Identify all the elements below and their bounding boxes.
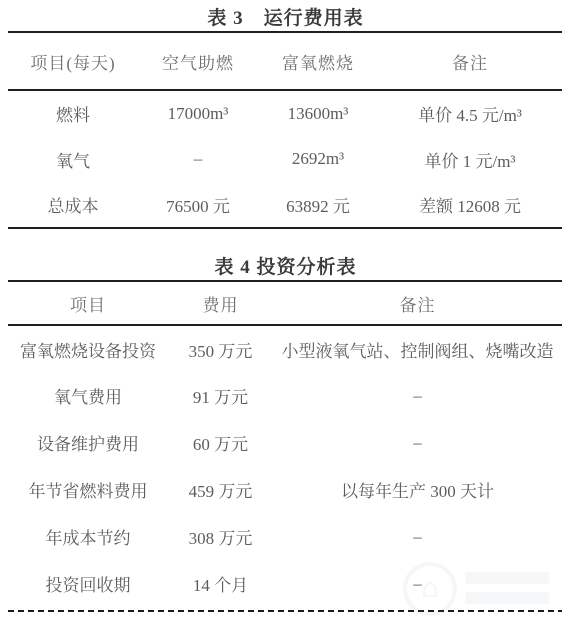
- table-cell: –: [138, 136, 258, 182]
- table-cell: 设备维护费用: [8, 419, 168, 466]
- table-row: 氧气 – 2692m³ 单价 1 元/m³: [8, 136, 562, 182]
- table-cell: 差额 12608 元: [378, 182, 562, 228]
- table-cell: 350 万元: [168, 325, 273, 372]
- table-cell: 17000m³: [138, 90, 258, 136]
- column-header: 备注: [273, 281, 562, 325]
- table3-header-row: 项目(每天) 空气助燃 富氧燃烧 备注: [8, 32, 562, 90]
- table-cell: 投资回收期: [8, 560, 168, 607]
- table-cell: 91 万元: [168, 372, 273, 419]
- table-row: 年成本节约 308 万元 –: [8, 513, 562, 560]
- table-cell: 63892 元: [258, 182, 378, 228]
- table-cell: 单价 1 元/m³: [378, 136, 562, 182]
- table3: 项目(每天) 空气助燃 富氧燃烧 备注 燃料 17000m³ 13600m³ 单…: [8, 31, 562, 229]
- table-cell: 60 万元: [168, 419, 273, 466]
- table-row: 氧气费用 91 万元 –: [8, 372, 562, 419]
- table3-section: 表 3 运行费用表 项目(每天) 空气助燃 富氧燃烧 备注 燃料 17000m³…: [0, 0, 571, 229]
- table-cell: 燃料: [8, 90, 138, 136]
- table4: 项目 费用 备注 富氧燃烧设备投资 350 万元 小型液氧气站、控制阀组、烧嘴改…: [8, 280, 562, 607]
- table-cell: 459 万元: [168, 466, 273, 513]
- column-header: 项目(每天): [8, 32, 138, 90]
- table-cell: 总成本: [8, 182, 138, 228]
- column-header: 空气助燃: [138, 32, 258, 90]
- table-row: 富氧燃烧设备投资 350 万元 小型液氧气站、控制阀组、烧嘴改造: [8, 325, 562, 372]
- column-header: 备注: [378, 32, 562, 90]
- table-row: 投资回收期 14 个月 –: [8, 560, 562, 607]
- column-header: 富氧燃烧: [258, 32, 378, 90]
- table-cell: 13600m³: [258, 90, 378, 136]
- table4-section: 表 4 投资分析表 项目 费用 备注 富氧燃烧设备投资 350 万元 小型液氧气…: [0, 229, 571, 607]
- table-row: 设备维护费用 60 万元 –: [8, 419, 562, 466]
- column-header: 项目: [8, 281, 168, 325]
- document-page: 表 3 运行费用表 项目(每天) 空气助燃 富氧燃烧 备注 燃料 17000m³…: [0, 0, 571, 626]
- table4-title: 表 4 投资分析表: [0, 229, 571, 280]
- table-cell: 年节省燃料费用: [8, 466, 168, 513]
- table-cell: 76500 元: [138, 182, 258, 228]
- table-cell: 年成本节约: [8, 513, 168, 560]
- table-cell: 单价 4.5 元/m³: [378, 90, 562, 136]
- table-cell: 氧气: [8, 136, 138, 182]
- table-cell: 308 万元: [168, 513, 273, 560]
- table-cell: –: [273, 372, 562, 419]
- table-cell: 14 个月: [168, 560, 273, 607]
- column-header: 费用: [168, 281, 273, 325]
- table-row: 总成本 76500 元 63892 元 差额 12608 元: [8, 182, 562, 228]
- bottom-dashed-rule: [8, 610, 562, 612]
- table-cell: –: [273, 513, 562, 560]
- table-cell: 富氧燃烧设备投资: [8, 325, 168, 372]
- table4-header-row: 项目 费用 备注: [8, 281, 562, 325]
- table-cell: 2692m³: [258, 136, 378, 182]
- table-cell: 氧气费用: [8, 372, 168, 419]
- table-cell: 小型液氧气站、控制阀组、烧嘴改造: [273, 325, 562, 372]
- table-cell: –: [273, 560, 562, 607]
- table-cell: 以每年生产 300 天计: [273, 466, 562, 513]
- table-cell: –: [273, 419, 562, 466]
- table-row: 年节省燃料费用 459 万元 以每年生产 300 天计: [8, 466, 562, 513]
- table-row: 燃料 17000m³ 13600m³ 单价 4.5 元/m³: [8, 90, 562, 136]
- table3-title: 表 3 运行费用表: [0, 0, 571, 31]
